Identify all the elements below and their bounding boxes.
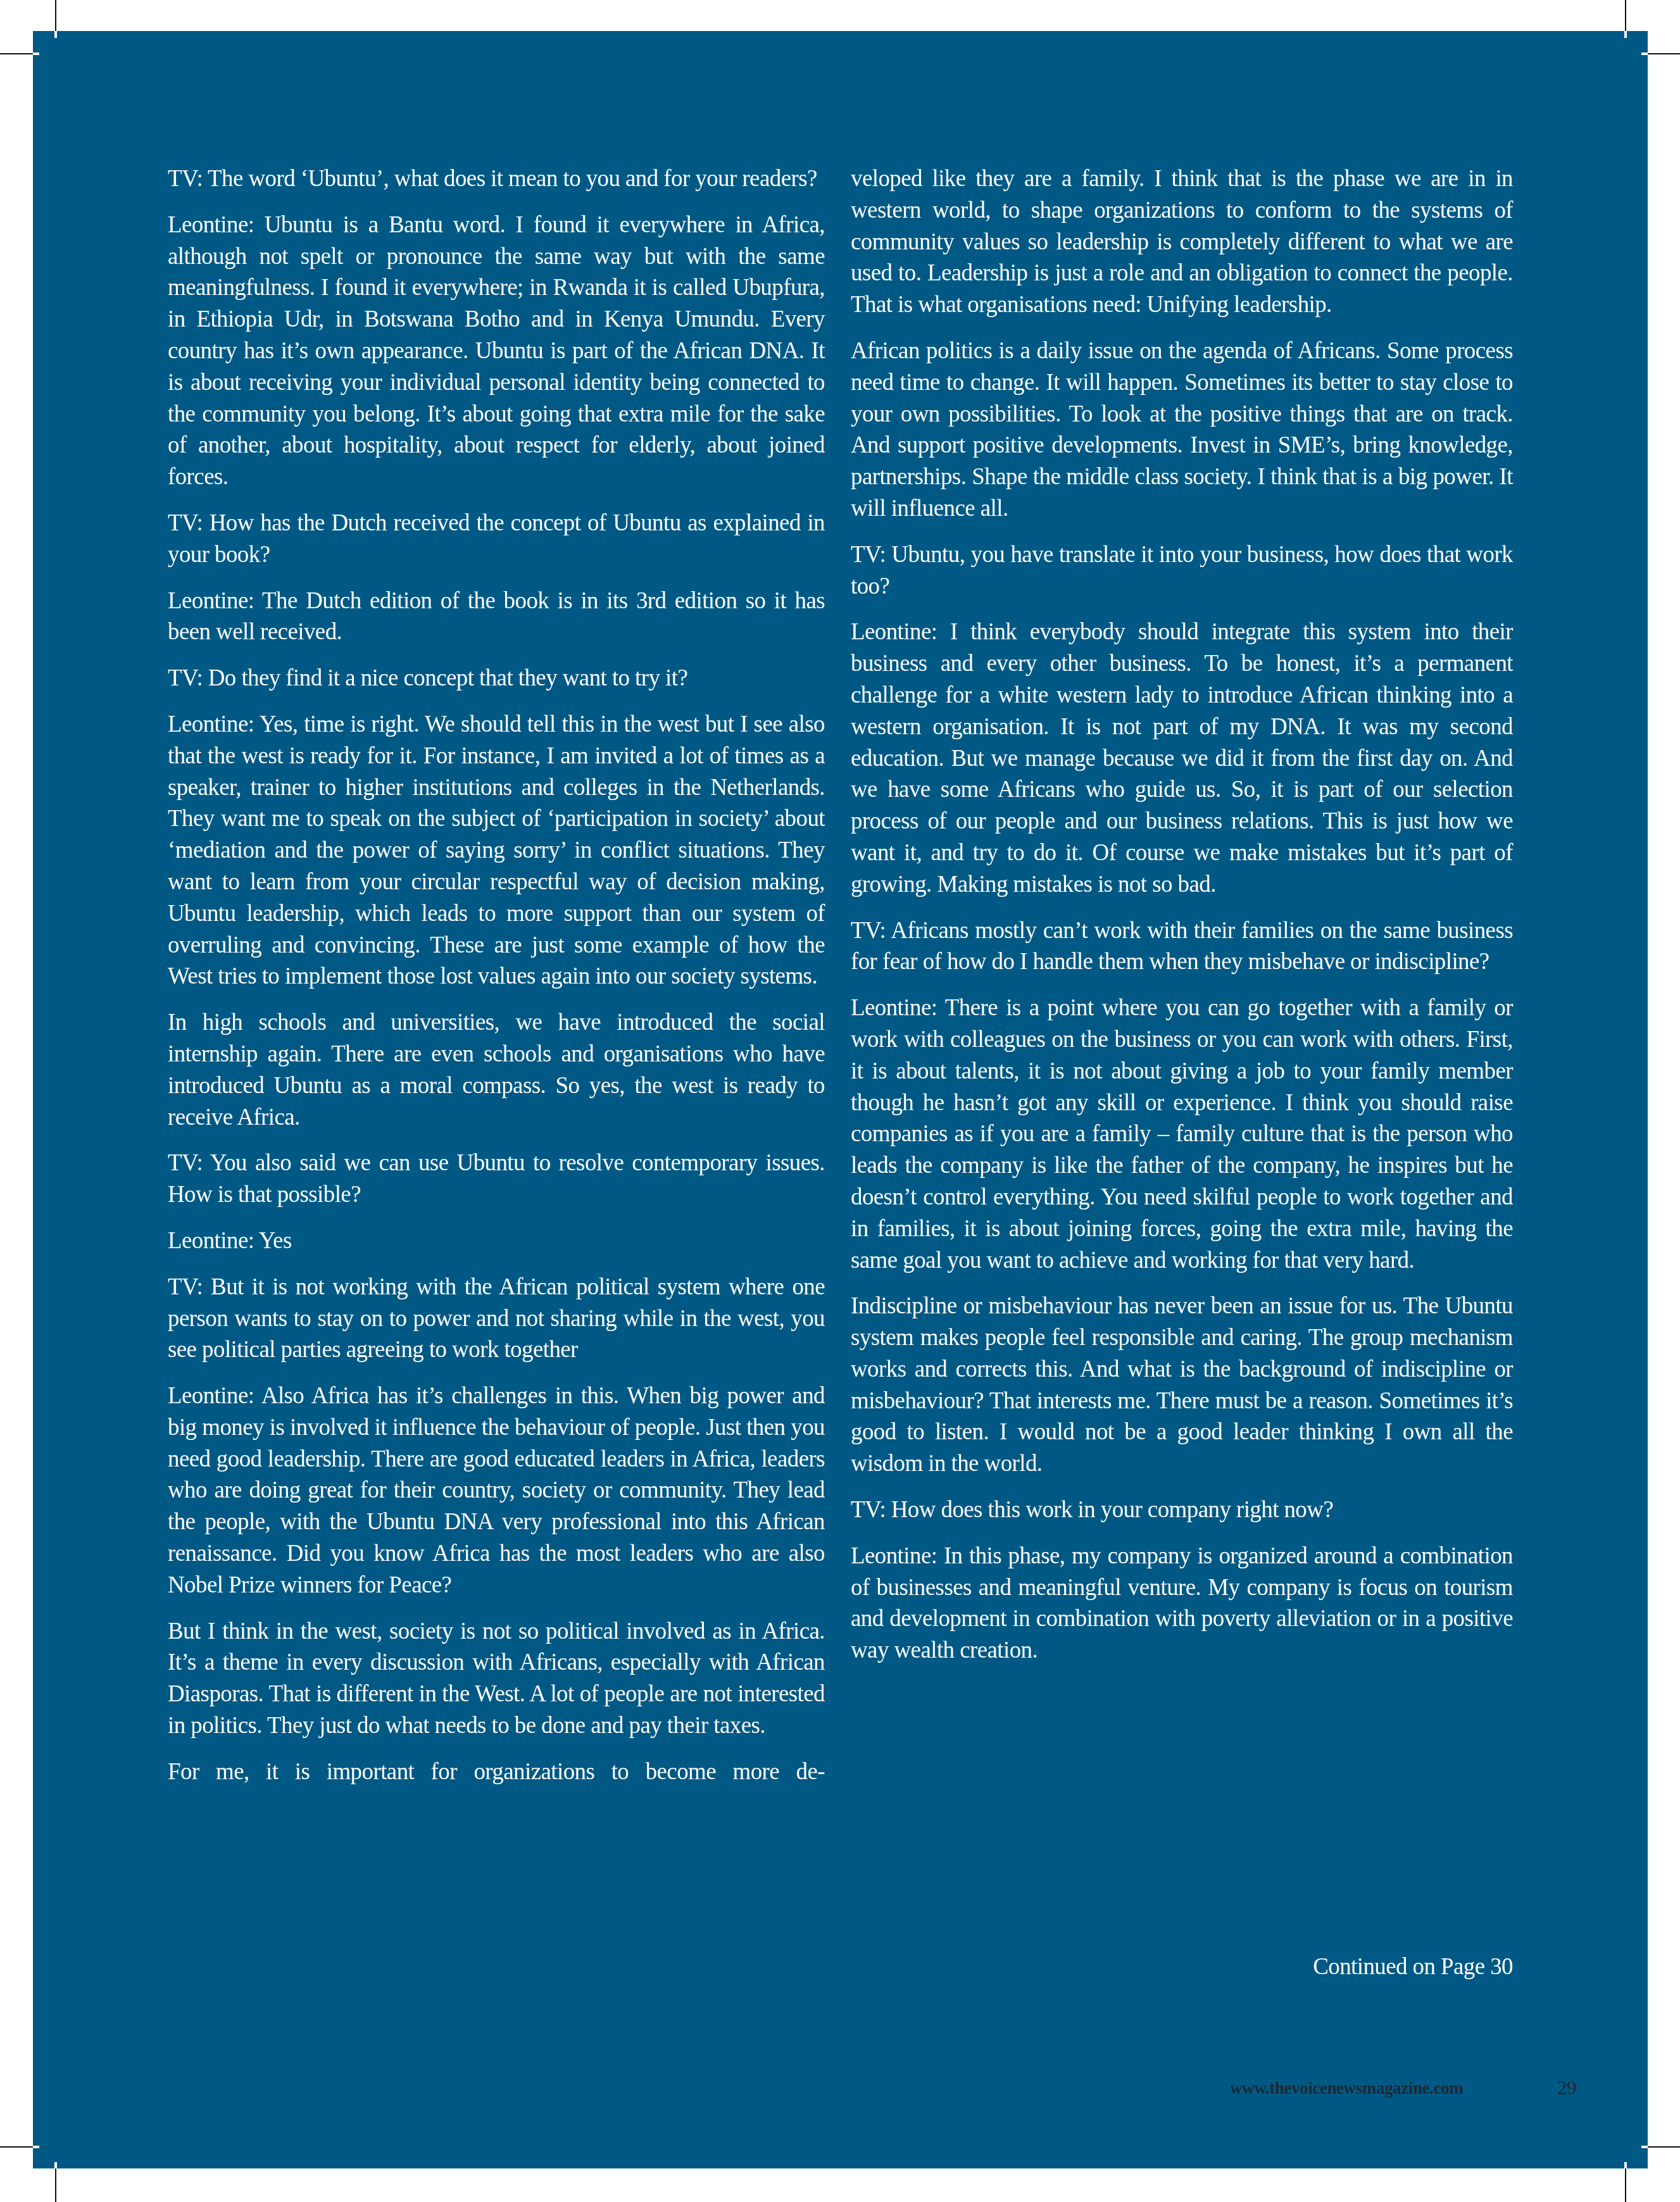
article-column-right: veloped like they are a family. I think … — [851, 163, 1513, 1681]
question-paragraph: TV: You also said we can use Ubuntu to r… — [168, 1148, 825, 1211]
crop-tick-bottom-left — [54, 2162, 57, 2168]
question-paragraph: TV: The word ‘Ubuntu’, what does it mean… — [168, 163, 825, 195]
answer-paragraph: Leontine: Also Africa has it’s challenge… — [168, 1380, 825, 1601]
answer-paragraph: Leontine: Yes — [168, 1225, 825, 1257]
answer-paragraph-continued: veloped like they are a family. I think … — [851, 163, 1513, 321]
crop-tick-right-bottom — [1641, 2146, 1648, 2148]
answer-paragraph: Leontine: There is a point where you can… — [851, 992, 1513, 1276]
crop-tick-top-left — [54, 31, 57, 38]
answer-paragraph: Leontine: In this phase, my company is o… — [851, 1541, 1513, 1667]
answer-paragraph: Leontine: I think everybody should integ… — [851, 616, 1513, 900]
question-paragraph: TV: But it is not working with the Afric… — [168, 1272, 825, 1366]
crop-tick-top-right — [1624, 31, 1627, 38]
question-paragraph: TV: Ubuntu, you have translate it into y… — [851, 539, 1513, 603]
crop-tick-bottom-right — [1624, 2162, 1627, 2168]
footer-website-link[interactable]: www.thevoicenewsmagazine.com — [1230, 2075, 1463, 2101]
page-footer: www.thevoicenewsmagazine.com 29 — [1203, 2075, 1589, 2101]
answer-paragraph-continues: For me, it is important for organization… — [168, 1756, 825, 1788]
article-column-left: TV: The word ‘Ubuntu’, what does it mean… — [168, 163, 825, 1803]
page-number: 29 — [1557, 2075, 1576, 2101]
answer-paragraph: Leontine: Yes, time is right. We should … — [168, 709, 825, 992]
crop-tick-left-top — [33, 53, 39, 55]
question-paragraph: TV: Africans mostly can’t work with thei… — [851, 915, 1513, 979]
continued-on-page-note: Continued on Page 30 — [851, 1951, 1513, 1983]
answer-paragraph: Leontine: The Dutch edition of the book … — [168, 585, 825, 649]
answer-paragraph: But I think in the west, society is not … — [168, 1616, 825, 1742]
question-paragraph: TV: How does this work in your company r… — [851, 1494, 1513, 1526]
crop-tick-left-bottom — [33, 2146, 39, 2148]
answer-paragraph: Indiscipline or misbehaviour has never b… — [851, 1291, 1513, 1480]
answer-paragraph: In high schools and universities, we hav… — [168, 1007, 825, 1133]
question-paragraph: TV: How has the Dutch received the conce… — [168, 508, 825, 571]
answer-paragraph: Leontine: Ubuntu is a Bantu word. I foun… — [168, 210, 825, 493]
question-paragraph: TV: Do they find it a nice concept that … — [168, 663, 825, 694]
crop-tick-right-top — [1641, 53, 1648, 55]
answer-paragraph: African politics is a daily issue on the… — [851, 335, 1513, 525]
